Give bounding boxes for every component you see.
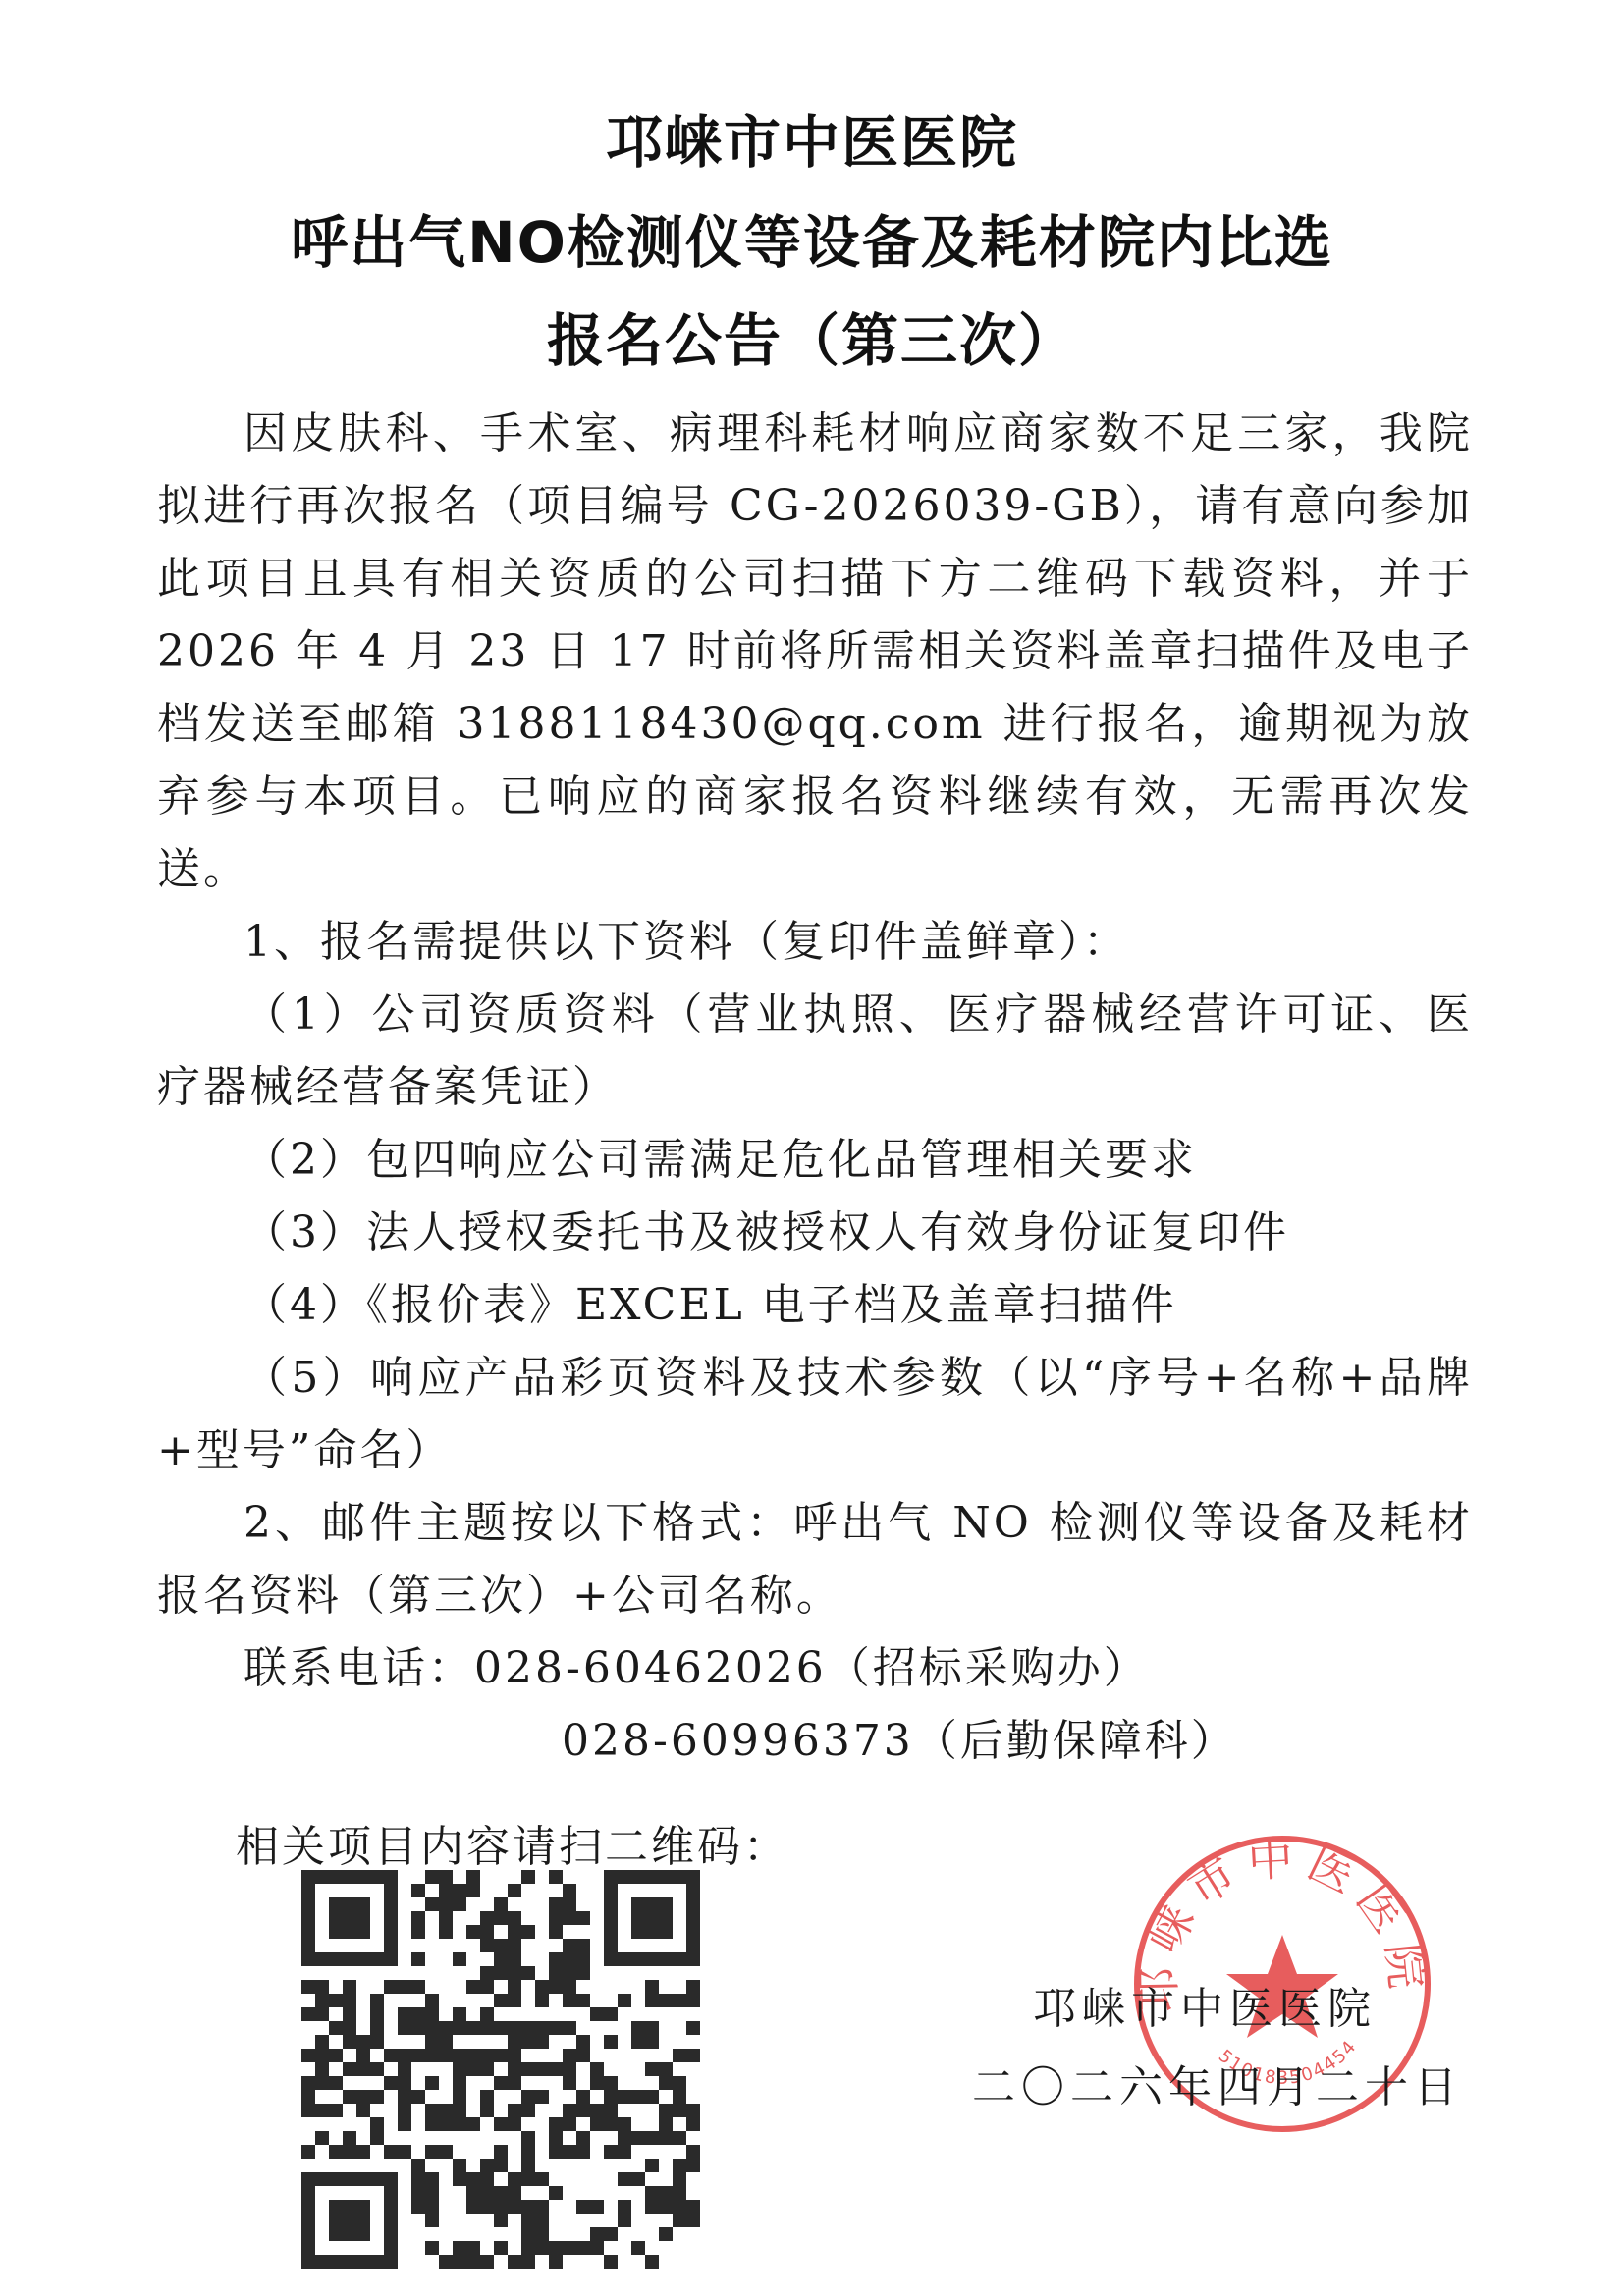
qr-module xyxy=(370,2255,384,2269)
qr-module xyxy=(508,2117,521,2131)
qr-module xyxy=(631,1994,645,2007)
qr-module xyxy=(590,1870,604,1884)
qr-module xyxy=(301,2049,315,2062)
qr-module xyxy=(315,1966,329,1980)
qr-module xyxy=(315,2255,329,2269)
qr-module xyxy=(466,2214,480,2227)
qr-module xyxy=(439,2186,453,2200)
qr-module xyxy=(590,1966,604,1980)
qr-module xyxy=(576,1980,590,1994)
qr-module xyxy=(590,2145,604,2159)
qr-module xyxy=(301,2090,315,2104)
qr-module xyxy=(453,2090,466,2104)
qr-module xyxy=(631,1911,645,1925)
qr-module xyxy=(356,2021,370,2035)
qr-module xyxy=(384,2214,398,2227)
qr-module xyxy=(645,1897,659,1911)
qr-module xyxy=(384,1911,398,1925)
qr-module xyxy=(673,2241,686,2255)
qr-module xyxy=(411,2145,425,2159)
qr-module xyxy=(549,1980,563,1994)
qr-module xyxy=(425,1897,439,1911)
qr-module xyxy=(453,1952,466,1966)
qr-module xyxy=(631,2255,645,2269)
requirement-item-4: （4）《报价表》EXCEL 电子档及盖章扫描件 xyxy=(157,1269,1473,1342)
qr-module xyxy=(618,1980,631,1994)
qr-module xyxy=(343,2021,356,2035)
qr-module xyxy=(576,2076,590,2090)
qr-module xyxy=(576,2007,590,2021)
qr-module xyxy=(494,1884,508,1897)
qr-module xyxy=(604,1884,618,1897)
qr-module xyxy=(659,2104,673,2117)
qr-module xyxy=(384,1994,398,2007)
qr-module xyxy=(618,2035,631,2049)
qr-module xyxy=(521,1952,535,1966)
qr-module xyxy=(686,1897,700,1911)
qr-module xyxy=(576,1884,590,1897)
qr-module xyxy=(343,2104,356,2117)
qr-module xyxy=(329,1966,343,1980)
qr-module xyxy=(631,1980,645,1994)
qr-module xyxy=(343,2159,356,2172)
qr-module xyxy=(645,2117,659,2131)
qr-module xyxy=(508,2007,521,2021)
qr-module xyxy=(645,2090,659,2104)
qr-module xyxy=(370,2241,384,2255)
qr-module xyxy=(590,1925,604,1939)
qr-module xyxy=(549,2090,563,2104)
qr-module xyxy=(439,2117,453,2131)
qr-module xyxy=(356,2035,370,2049)
qr-module xyxy=(508,1897,521,1911)
qr-module xyxy=(315,2200,329,2214)
qr-module xyxy=(384,2035,398,2049)
qr-module xyxy=(549,2035,563,2049)
qr-module xyxy=(384,1870,398,1884)
qr-module xyxy=(480,1897,494,1911)
qr-module xyxy=(301,1911,315,1925)
qr-module xyxy=(329,2062,343,2076)
qr-module xyxy=(535,2007,549,2021)
qr-module xyxy=(549,2117,563,2131)
qr-module xyxy=(398,2145,411,2159)
qr-module xyxy=(521,1925,535,1939)
qr-module xyxy=(356,1884,370,1897)
qr-module xyxy=(480,2021,494,2035)
qr-module xyxy=(453,2214,466,2227)
qr-module xyxy=(329,2035,343,2049)
qr-module xyxy=(356,1952,370,1966)
qr-module xyxy=(398,2159,411,2172)
qr-module xyxy=(563,2104,576,2117)
qr-module xyxy=(618,2172,631,2186)
qr-module xyxy=(590,2200,604,2214)
qr-module xyxy=(659,2090,673,2104)
qr-module xyxy=(301,2007,315,2021)
qr-module xyxy=(673,2117,686,2131)
qr-module xyxy=(356,2255,370,2269)
qr-module xyxy=(494,2049,508,2062)
qr-module xyxy=(384,1939,398,1952)
qr-module xyxy=(535,1925,549,1939)
qr-module xyxy=(645,2062,659,2076)
qr-module xyxy=(398,2062,411,2076)
qr-module xyxy=(439,2172,453,2186)
qr-module xyxy=(645,1952,659,1966)
qr-module xyxy=(315,2159,329,2172)
qr-module xyxy=(535,2076,549,2090)
qr-module xyxy=(370,2104,384,2117)
qr-module xyxy=(453,1939,466,1952)
qr-module xyxy=(329,1925,343,1939)
qr-module xyxy=(425,2186,439,2200)
qr-module xyxy=(453,2241,466,2255)
qr-module xyxy=(673,2090,686,2104)
qr-module xyxy=(535,1884,549,1897)
qr-module xyxy=(439,1980,453,1994)
qr-module xyxy=(618,1939,631,1952)
qr-module xyxy=(535,2186,549,2200)
qr-module xyxy=(494,2241,508,2255)
qr-module xyxy=(508,1952,521,1966)
qr-module xyxy=(508,1911,521,1925)
qr-module xyxy=(549,1939,563,1952)
qr-module xyxy=(466,1994,480,2007)
qr-module xyxy=(343,1925,356,1939)
qr-module xyxy=(370,2021,384,2035)
qr-module xyxy=(466,2104,480,2117)
qr-module xyxy=(604,1980,618,1994)
qr-module xyxy=(618,2145,631,2159)
qr-module xyxy=(631,1952,645,1966)
qr-module xyxy=(673,2076,686,2090)
qr-module xyxy=(549,2200,563,2214)
qr-module xyxy=(356,2117,370,2131)
qr-module xyxy=(659,1870,673,1884)
qr-module xyxy=(576,1870,590,1884)
qr-module xyxy=(659,2145,673,2159)
qr-module xyxy=(659,2227,673,2241)
qr-module xyxy=(384,2172,398,2186)
qr-module xyxy=(494,2214,508,2227)
qr-module xyxy=(521,2200,535,2214)
qr-module xyxy=(315,1994,329,2007)
qr-module xyxy=(563,1939,576,1952)
qr-module xyxy=(301,1925,315,1939)
qr-module xyxy=(604,2145,618,2159)
qr-module xyxy=(508,2255,521,2269)
qr-module xyxy=(508,1925,521,1939)
qr-module xyxy=(673,2021,686,2035)
qr-module xyxy=(453,2131,466,2145)
qr-module xyxy=(659,2159,673,2172)
qr-module xyxy=(398,2255,411,2269)
qr-module xyxy=(343,1994,356,2007)
qr-module xyxy=(453,1897,466,1911)
qr-module xyxy=(384,2007,398,2021)
qr-module xyxy=(549,2214,563,2227)
qr-module xyxy=(370,1884,384,1897)
qr-module xyxy=(686,1870,700,1884)
qr-module xyxy=(563,2007,576,2021)
qr-module xyxy=(686,2090,700,2104)
qr-module xyxy=(631,2159,645,2172)
qr-module xyxy=(411,1911,425,1925)
qr-module xyxy=(590,2172,604,2186)
qr-module xyxy=(590,2021,604,2035)
qr-module xyxy=(521,2159,535,2172)
qr-module xyxy=(301,2062,315,2076)
qr-module xyxy=(645,2035,659,2049)
qr-module xyxy=(480,1952,494,1966)
qr-module xyxy=(563,2227,576,2241)
qr-module xyxy=(604,1939,618,1952)
qr-module xyxy=(370,2062,384,2076)
qr-module xyxy=(494,1897,508,1911)
qr-module xyxy=(549,1925,563,1939)
qr-module xyxy=(466,1884,480,1897)
qr-module xyxy=(398,1980,411,1994)
qr-module xyxy=(384,2159,398,2172)
qr-module xyxy=(563,2131,576,2145)
qr-module xyxy=(466,2200,480,2214)
qr-module xyxy=(618,2062,631,2076)
qr-module xyxy=(604,1925,618,1939)
qr-module xyxy=(645,2104,659,2117)
qr-module xyxy=(576,1966,590,1980)
qr-module xyxy=(673,2214,686,2227)
qr-module xyxy=(604,1966,618,1980)
qr-module xyxy=(425,2007,439,2021)
qr-module xyxy=(576,2035,590,2049)
qr-module xyxy=(425,2035,439,2049)
qr-module xyxy=(398,1884,411,1897)
qr-module xyxy=(686,2186,700,2200)
qr-module xyxy=(521,2062,535,2076)
qr-module xyxy=(370,2186,384,2200)
qr-module xyxy=(673,2049,686,2062)
qr-module xyxy=(301,2255,315,2269)
qr-module xyxy=(535,2104,549,2117)
qr-module xyxy=(645,2227,659,2241)
qr-module xyxy=(576,2049,590,2062)
qr-module xyxy=(411,1966,425,1980)
qr-module xyxy=(618,2241,631,2255)
qr-module xyxy=(494,2117,508,2131)
qr-module xyxy=(398,2172,411,2186)
qr-module xyxy=(480,2049,494,2062)
qr-module xyxy=(411,1897,425,1911)
qr-module xyxy=(301,1994,315,2007)
qr-module xyxy=(576,2131,590,2145)
announcement-body: 因皮肤科、手术室、病理科耗材响应商家数不足三家，我院拟进行再次报名（项目编号 C… xyxy=(157,398,1473,1778)
qr-module xyxy=(604,1952,618,1966)
qr-module xyxy=(466,2117,480,2131)
qr-module xyxy=(480,1994,494,2007)
qr-module xyxy=(508,2200,521,2214)
qr-module xyxy=(590,2076,604,2090)
qr-module xyxy=(439,2214,453,2227)
qr-module xyxy=(356,1939,370,1952)
qr-module xyxy=(343,2227,356,2241)
qr-module xyxy=(673,1870,686,1884)
qr-module xyxy=(411,2131,425,2145)
qr-module xyxy=(521,2227,535,2241)
qr-module xyxy=(356,1870,370,1884)
intro-paragraph: 因皮肤科、手术室、病理科耗材响应商家数不足三家，我院拟进行再次报名（项目编号 C… xyxy=(157,398,1473,906)
qr-module xyxy=(508,2131,521,2145)
qr-module xyxy=(659,1966,673,1980)
qr-module xyxy=(356,1966,370,1980)
qr-module xyxy=(494,2159,508,2172)
qr-module xyxy=(590,1980,604,1994)
qr-module xyxy=(329,2131,343,2145)
qr-module xyxy=(673,1884,686,1897)
qr-module xyxy=(411,2159,425,2172)
qr-module xyxy=(343,2117,356,2131)
qr-module xyxy=(604,2062,618,2076)
qr-module xyxy=(343,1939,356,1952)
qr-module xyxy=(411,2200,425,2214)
qr-module xyxy=(549,2241,563,2255)
qr-module xyxy=(549,2159,563,2172)
qr-module xyxy=(439,2062,453,2076)
qr-module xyxy=(631,2241,645,2255)
qr-module xyxy=(631,1897,645,1911)
qr-module xyxy=(480,2145,494,2159)
qr-module xyxy=(549,1897,563,1911)
qr-module xyxy=(356,2159,370,2172)
qr-module xyxy=(343,2172,356,2186)
qr-module xyxy=(398,2131,411,2145)
qr-module xyxy=(329,2076,343,2090)
qr-module xyxy=(370,1870,384,1884)
qr-module xyxy=(604,2214,618,2227)
qr-module xyxy=(439,1939,453,1952)
qr-module xyxy=(508,2062,521,2076)
qr-module xyxy=(439,2227,453,2241)
qr-module xyxy=(343,2200,356,2214)
qr-module xyxy=(508,1994,521,2007)
qr-module xyxy=(521,1911,535,1925)
qr-module xyxy=(398,2227,411,2241)
qr-module xyxy=(370,2214,384,2227)
qr-module xyxy=(604,2186,618,2200)
qr-module xyxy=(645,2049,659,2062)
qr-module xyxy=(384,1925,398,1939)
qr-module xyxy=(398,2049,411,2062)
qr-module xyxy=(411,2049,425,2062)
qr-module xyxy=(631,1925,645,1939)
qr-code[interactable] xyxy=(301,1870,700,2269)
qr-module xyxy=(604,2035,618,2049)
qr-module xyxy=(604,2104,618,2117)
qr-module xyxy=(439,2131,453,2145)
qr-module xyxy=(549,1994,563,2007)
qr-module xyxy=(411,2186,425,2200)
qr-module xyxy=(425,1870,439,1884)
qr-module xyxy=(315,2186,329,2200)
qr-module xyxy=(631,2104,645,2117)
qr-module xyxy=(315,2227,329,2241)
qr-module xyxy=(411,1980,425,1994)
qr-module xyxy=(563,1980,576,1994)
qr-module xyxy=(645,2241,659,2255)
qr-module xyxy=(411,2021,425,2035)
qr-module xyxy=(590,1911,604,1925)
qr-module xyxy=(521,2186,535,2200)
qr-module xyxy=(301,1980,315,1994)
qr-module xyxy=(535,2021,549,2035)
qr-module xyxy=(480,2255,494,2269)
qr-module xyxy=(686,1994,700,2007)
qr-module xyxy=(645,2255,659,2269)
qr-module xyxy=(659,1994,673,2007)
qr-module xyxy=(439,1966,453,1980)
qr-module xyxy=(508,2104,521,2117)
qr-module xyxy=(356,1980,370,1994)
qr-module xyxy=(659,2021,673,2035)
qr-module xyxy=(535,2062,549,2076)
qr-module xyxy=(453,2117,466,2131)
qr-module xyxy=(508,2172,521,2186)
qr-module xyxy=(301,2076,315,2090)
qr-module xyxy=(618,1897,631,1911)
qr-module xyxy=(411,2117,425,2131)
qr-module xyxy=(494,2062,508,2076)
qr-module xyxy=(563,1870,576,1884)
qr-module xyxy=(673,1966,686,1980)
qr-module xyxy=(315,2117,329,2131)
qr-module xyxy=(508,2090,521,2104)
qr-module xyxy=(356,1994,370,2007)
qr-module xyxy=(590,1897,604,1911)
qr-module xyxy=(411,2172,425,2186)
qr-module xyxy=(343,2131,356,2145)
qr-module xyxy=(494,1980,508,1994)
qr-module xyxy=(453,1966,466,1980)
qr-module xyxy=(315,2104,329,2117)
requirement-item-3: （3）法人授权委托书及被授权人有效身份证复印件 xyxy=(157,1197,1473,1269)
qr-module xyxy=(645,1911,659,1925)
qr-module xyxy=(508,2227,521,2241)
qr-module xyxy=(398,2007,411,2021)
qr-module xyxy=(659,2186,673,2200)
qr-module xyxy=(384,1966,398,1980)
qr-module xyxy=(576,1911,590,1925)
qr-module xyxy=(466,1952,480,1966)
qr-module xyxy=(494,2255,508,2269)
qr-module xyxy=(659,2007,673,2021)
qr-module xyxy=(563,2214,576,2227)
qr-module xyxy=(576,2104,590,2117)
qr-module xyxy=(604,2159,618,2172)
qr-module xyxy=(631,2076,645,2090)
qr-module xyxy=(604,2049,618,2062)
qr-module xyxy=(439,2035,453,2049)
qr-module xyxy=(549,2186,563,2200)
qr-module xyxy=(398,2241,411,2255)
qr-module xyxy=(343,1911,356,1925)
qr-module xyxy=(411,2214,425,2227)
qr-module xyxy=(494,2186,508,2200)
qr-module xyxy=(618,2186,631,2200)
qr-module xyxy=(631,2214,645,2227)
qr-module xyxy=(411,1925,425,1939)
qr-module xyxy=(370,2227,384,2241)
qr-module xyxy=(631,2145,645,2159)
